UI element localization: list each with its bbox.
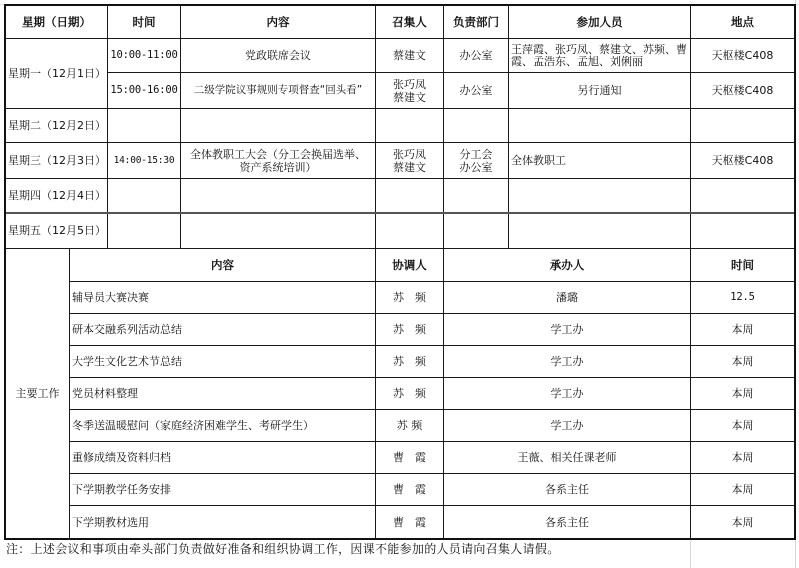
event-content: 全体教职工大会（分工会换届选举、资产系统培训） — [180, 142, 376, 179]
empty-cell — [107, 108, 181, 143]
empty-cell — [375, 212, 444, 249]
event-time: 10:00-11:00 — [107, 38, 181, 73]
task-coordinator: 苏 频 — [375, 409, 444, 442]
empty-cell — [508, 108, 691, 143]
event-convener: 张巧凤 蔡建文 — [375, 72, 444, 109]
task-time: 本周 — [690, 473, 795, 506]
task-time: 本周 — [690, 409, 795, 442]
event-department: 办公室 — [443, 38, 509, 73]
header-location: 地点 — [690, 5, 795, 39]
footnote: 注：上述会议和事项由牵头部门负责做好准备和组织协调工作，因课不能参加的人员请向召… — [6, 540, 560, 557]
event-location: 天枢楼C408 — [690, 142, 795, 179]
event-content: 党政联席会议 — [180, 38, 376, 73]
task-handler: 王薇、相关任课老师 — [443, 441, 691, 474]
main-work-header-time: 时间 — [690, 248, 795, 282]
task-content: 下学期教材选用 — [69, 505, 376, 539]
empty-cell — [508, 212, 691, 249]
task-coordinator: 曹 霞 — [375, 473, 444, 506]
empty-cell — [107, 178, 181, 213]
day-wednesday: 星期三（12月3日） — [5, 142, 108, 179]
event-time: 14:00-15:30 — [107, 142, 181, 179]
empty-cell — [690, 212, 795, 249]
task-time: 12.5 — [690, 281, 795, 314]
task-content: 冬季送温暖慰问（家庭经济困难学生、考研学生） — [69, 409, 376, 442]
task-coordinator: 苏 频 — [375, 313, 444, 346]
event-attendees: 全体教职工 — [508, 142, 691, 179]
task-handler: 学工办 — [443, 313, 691, 346]
event-attendees: 另行通知 — [508, 72, 691, 109]
empty-cell — [508, 178, 691, 213]
task-content: 下学期教学任务安排 — [69, 473, 376, 506]
main-work-header-handler: 承办人 — [443, 248, 691, 282]
task-time: 本周 — [690, 313, 795, 346]
task-content: 研本交融系列活动总结 — [69, 313, 376, 346]
sheet-gridline — [690, 540, 691, 568]
empty-cell — [443, 212, 509, 249]
empty-cell — [375, 178, 444, 213]
header-convener: 召集人 — [375, 5, 444, 39]
event-department: 分工会 办公室 — [443, 142, 509, 179]
event-attendees: 王萍霞、张巧凤、蔡建文、苏频、曹霞、孟浩东、孟旭、刘俐丽 — [508, 38, 691, 73]
task-handler: 各系主任 — [443, 505, 691, 539]
empty-cell — [180, 178, 376, 213]
task-coordinator: 苏 频 — [375, 281, 444, 314]
event-convener: 蔡建文 — [375, 38, 444, 73]
header-content: 内容 — [180, 5, 376, 39]
event-content: 二级学院议事规则专项督查“回头看” — [180, 72, 376, 109]
header-time: 时间 — [107, 5, 181, 39]
event-time: 15:00-16:00 — [107, 72, 181, 109]
task-time: 本周 — [690, 377, 795, 410]
day-thursday: 星期四（12月4日） — [5, 178, 108, 213]
task-content: 重修成绩及资料归档 — [69, 441, 376, 474]
empty-cell — [690, 178, 795, 213]
task-handler: 学工办 — [443, 377, 691, 410]
task-time: 本周 — [690, 345, 795, 378]
event-location: 天枢楼C408 — [690, 72, 795, 109]
header-day: 星期（日期） — [5, 5, 108, 39]
empty-cell — [443, 108, 509, 143]
empty-cell — [107, 212, 181, 249]
task-handler: 潘璐 — [443, 281, 691, 314]
day-friday: 星期五（12月5日） — [5, 212, 108, 249]
task-coordinator: 曹 霞 — [375, 441, 444, 474]
task-handler: 各系主任 — [443, 473, 691, 506]
main-work-header-content: 内容 — [69, 248, 376, 282]
task-coordinator: 苏 频 — [375, 345, 444, 378]
empty-cell — [180, 108, 376, 143]
empty-cell — [443, 178, 509, 213]
day-tuesday: 星期二（12月2日） — [5, 108, 108, 143]
main-work-header-coordinator: 协调人 — [375, 248, 444, 282]
main-work-label: 主要工作 — [5, 248, 70, 539]
task-handler: 学工办 — [443, 345, 691, 378]
task-coordinator: 苏 频 — [375, 377, 444, 410]
header-department: 负责部门 — [443, 5, 509, 39]
day-monday: 星期一（12月1日） — [5, 38, 108, 109]
event-location: 天枢楼C408 — [690, 38, 795, 73]
task-content: 党员材料整理 — [69, 377, 376, 410]
event-convener: 张巧凤 蔡建文 — [375, 142, 444, 179]
task-time: 本周 — [690, 441, 795, 474]
task-coordinator: 曹 霞 — [375, 505, 444, 539]
task-time: 本周 — [690, 505, 795, 539]
task-content: 辅导员大赛决赛 — [69, 281, 376, 314]
row-separator — [5, 212, 795, 214]
task-content: 大学生文化艺术节总结 — [69, 345, 376, 378]
task-handler: 学工办 — [443, 409, 691, 442]
header-attendees: 参加人员 — [508, 5, 691, 39]
empty-cell — [180, 212, 376, 249]
event-department: 办公室 — [443, 72, 509, 109]
empty-cell — [375, 108, 444, 143]
sheet-gridline — [795, 0, 796, 568]
empty-cell — [690, 108, 795, 143]
